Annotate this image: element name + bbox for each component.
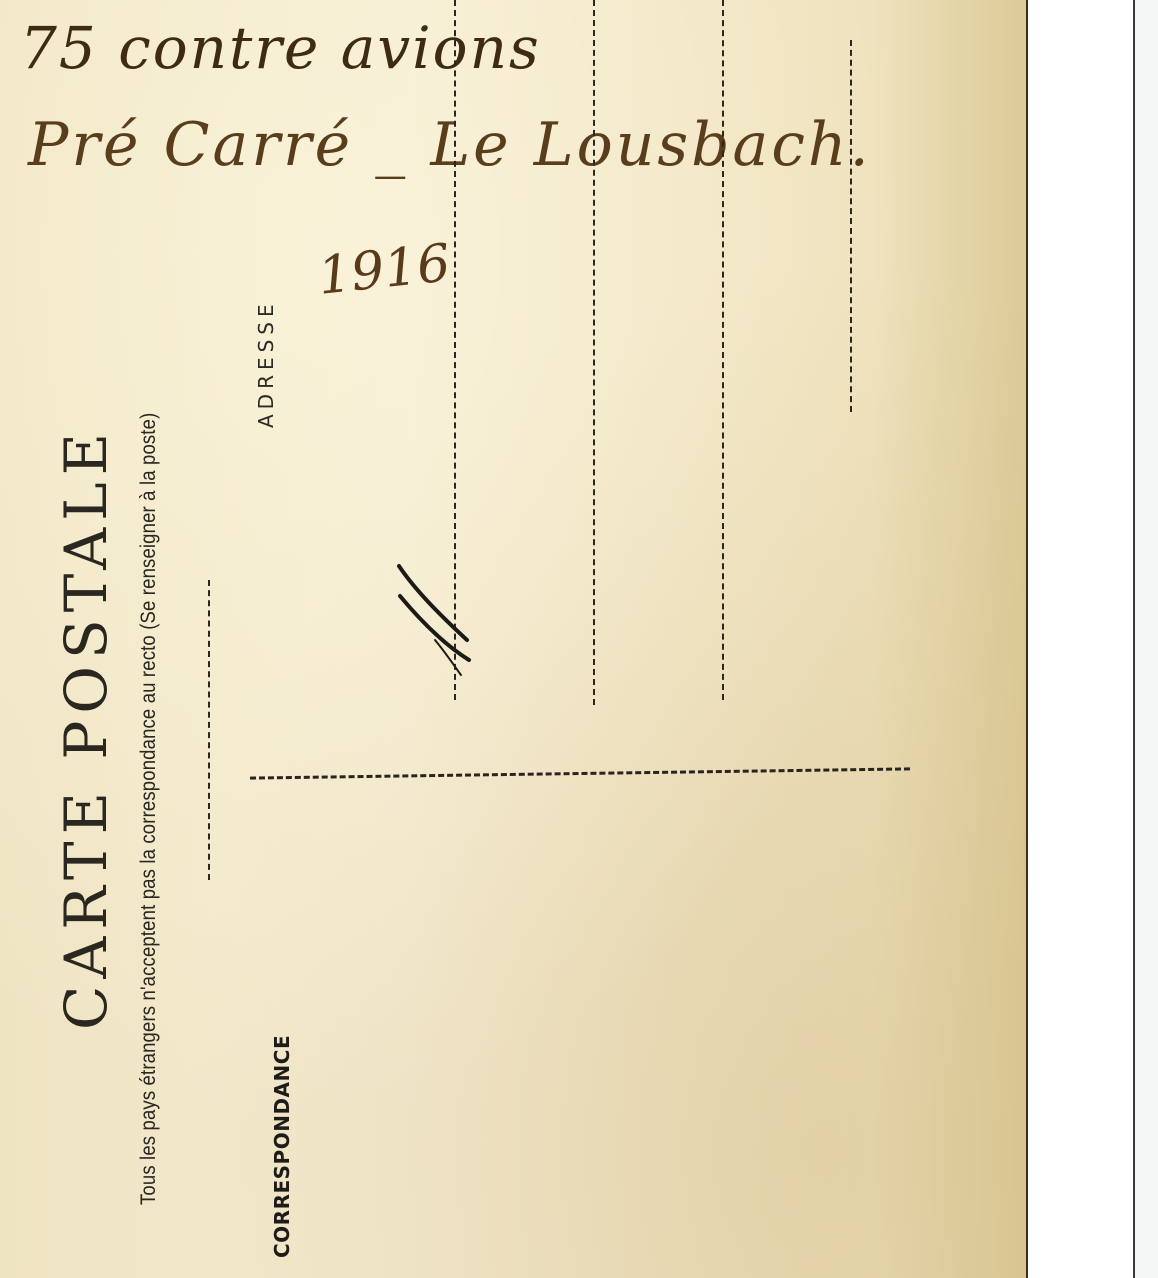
address-line-3 xyxy=(722,0,724,700)
address-line-2 xyxy=(593,0,595,705)
handwritten-caption-line1: 75 contre avions xyxy=(20,14,541,82)
postal-notice: Tous les pays étrangers n'acceptent pas … xyxy=(137,413,161,1205)
section-divider-vertical xyxy=(208,580,210,880)
postcard-back: 75 contre avions Pré Carré _ Le Lousbach… xyxy=(0,0,1028,1278)
handwritten-year: 1916 xyxy=(315,233,453,307)
address-label: ADRESSE xyxy=(254,299,278,428)
address-line-4 xyxy=(850,40,852,412)
backing-sheet xyxy=(1028,0,1135,1278)
section-divider-horizontal xyxy=(250,767,910,779)
backing-edge xyxy=(1135,0,1158,1278)
postcard-title: CARTE POSTALE xyxy=(52,426,120,1030)
pen-strokes-icon xyxy=(395,560,475,680)
correspondence-label: CORRESPONDANCE xyxy=(270,1035,294,1258)
handwritten-caption-line2: Pré Carré _ Le Lousbach. xyxy=(28,110,872,180)
